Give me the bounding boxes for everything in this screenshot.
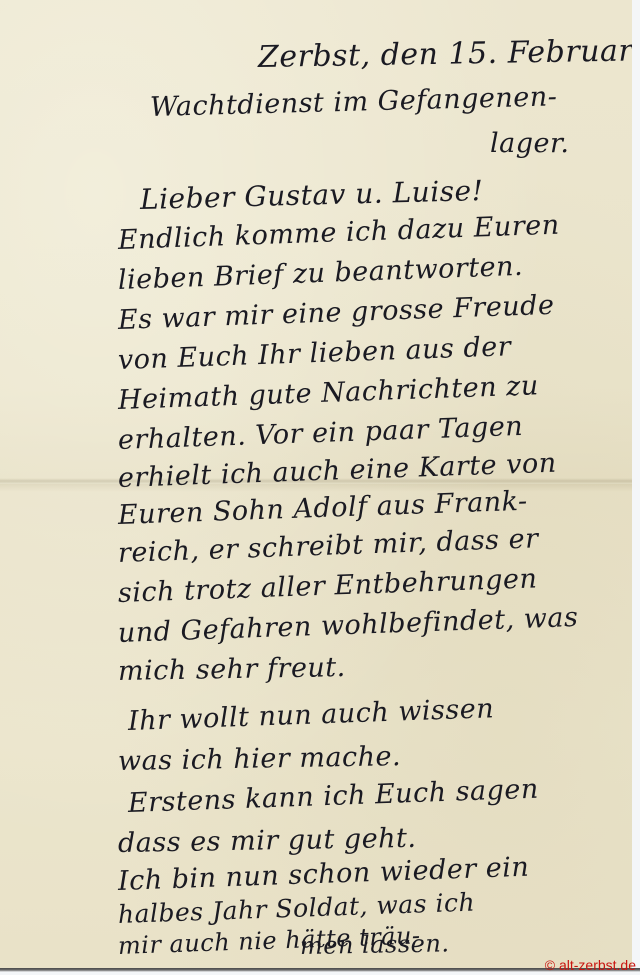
letter-body-line: und Gefahren wohlbefindet, was xyxy=(117,602,578,649)
letter-body-line: dass es mir gut geht. xyxy=(118,823,417,859)
letter-body-line: Heimath gute Nachrichten zu xyxy=(117,370,539,416)
letter-body-line: sich trotz aller Entbehrungen xyxy=(117,563,537,609)
letter-body-line: Endlich komme ich dazu Euren xyxy=(117,210,560,256)
letter-body-line: Es war mir eine grosse Freude xyxy=(117,290,554,336)
letter-location-line2: lager. xyxy=(490,128,570,159)
letter-body-line: was ich hier mache. xyxy=(118,741,402,777)
letter-body-line: reich, er schreibt mir, dass er xyxy=(117,523,538,569)
letter-body-line: men lassen. xyxy=(300,929,450,960)
letter-body-line: lieben Brief zu beantworten. xyxy=(117,251,523,296)
letter-body-line: von Euch Ihr lieben aus der xyxy=(117,331,511,376)
letter-body-line: erhalten. Vor ein paar Tagen xyxy=(117,411,523,456)
letter-body-line: mich sehr freut. xyxy=(118,652,346,687)
letter-location-line1: Wachtdienst im Gefangenen- xyxy=(150,81,558,123)
letter-body-line: Ihr wollt nun auch wissen xyxy=(127,693,494,737)
scan-margin-right xyxy=(632,0,640,975)
copyright-watermark: © alt-zerbst.de xyxy=(545,957,636,973)
letter-salutation: Lieber Gustav u. Luise! xyxy=(140,174,484,216)
letter-page: Zerbst, den 15. Februar 1915. Wachtdiens… xyxy=(0,0,632,968)
letter-body-line: Euren Sohn Adolf aus Frank- xyxy=(117,486,528,531)
letter-place-date: Zerbst, den 15. Februar 1915. xyxy=(258,32,640,75)
letter-body-line: Erstens kann ich Euch sagen xyxy=(127,774,539,819)
